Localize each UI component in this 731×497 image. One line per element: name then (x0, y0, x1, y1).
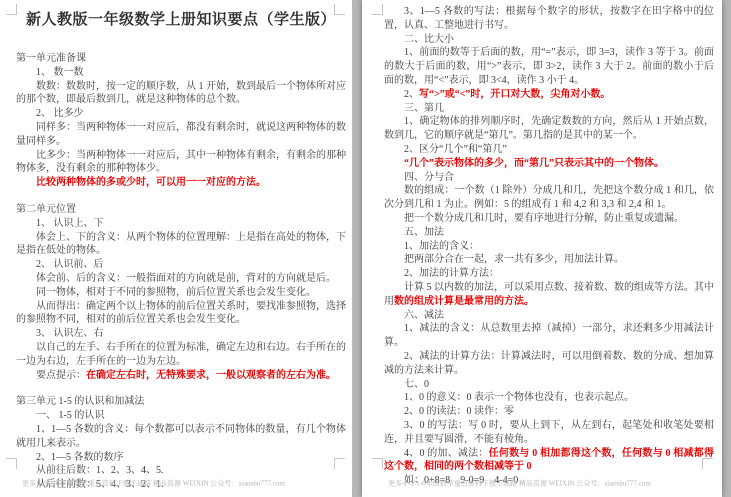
paragraph: 二、比大小 (384, 33, 714, 47)
section-heading: 第二单元位置 (16, 203, 346, 217)
body-text: 1、0 的意义：0 表示一个物体也没有，也表示起点。 (404, 392, 634, 403)
document-title: 新人教版一年级数学上册知识要点（学生版） (26, 8, 346, 29)
paragraph: 1、1—5 各数的含义：每个数都可以表示不同物体的数量，有几个物体就用几来表示。 (16, 423, 346, 451)
paragraph: 一、 1-5 的认识 (16, 409, 346, 423)
body-text: 1、确定物体的排列顺序时，先确定数数的方向，然后从 1 开始点数，数到几，它的顺… (384, 116, 714, 141)
body-text: 3、1—5 各数的写法：根据每个数字的形状，按数字在田字格中的位置，认真、工整地… (384, 6, 714, 31)
body-text: 2、1—5 各数的数序 (36, 452, 124, 463)
paragraph: 把两部分合在一起，求一共有多少，用加法计算。 (384, 253, 714, 267)
paragraph: 3、 认识左、右 (16, 327, 346, 341)
body-text: 2、 (404, 89, 419, 100)
body-text: 第三单元 1-5 的认识和加减法 (16, 396, 144, 407)
body-text: 六、减法 (404, 310, 444, 321)
body-text: 1、1—5 各数的含义：每个数都可以表示不同物体的数量，有几个物体就用几来表示。 (16, 424, 346, 449)
paragraph: 要点提示：在确定左右时，无特殊要求，一般以观察者的左右为准。 (16, 369, 346, 383)
body-text: 二、比大小 (404, 34, 454, 45)
paragraph: 比多少：当两种物体一一对应后，其中一种物体有剩余，有剩余的那种物体多，没有剩余的… (16, 149, 346, 177)
body-text: 同一物体，相对于不同的参照物，前后位置关系也会发生变化。 (36, 287, 316, 298)
page-right-content: 3、1—5 各数的写法：根据每个数字的形状，按数字在田字格中的位置，认真、工整地… (384, 5, 714, 488)
body-text: 第一单元准备课 (16, 53, 86, 64)
paragraph: 以自己的左手、右手所在的位置为标准，确定左边和右边。右手所在的一边为右边，左手所… (16, 341, 346, 369)
paragraph: 从前往后数：1、2、3、4、5. (16, 464, 346, 478)
body-text: 1、加法的含义： (404, 241, 479, 252)
page-footer: 更多小学1-6年级数学重点资料下载不迷路 精品资源 WEIXIN 公众号：xia… (22, 478, 285, 488)
emphasis-text: 写“>”或“<”时，开口对大数，尖角对小数。 (419, 89, 610, 100)
paragraph: 1、 数一数 (16, 66, 346, 80)
body-text: 同样多：当两种物体一一对应后，都没有剩余时，就说这两种物体的数量同样多。 (16, 122, 346, 147)
paragraph: 比较两种物体的多或少时，可以用一一对应的方法。 (16, 176, 346, 190)
paragraph: 1、0 的意义：0 表示一个物体也没有，也表示起点。 (384, 391, 714, 405)
body-text: 比多少：当两种物体一一对应后，其中一种物体有剩余，有剩余的那种物体多，没有剩余的… (16, 150, 346, 175)
body-text: 1、前面的数等于后面的数，用“=”表示，即 3=3，读作 3 等于 3。前面的数… (384, 47, 714, 86)
document-viewer: 新人教版一年级数学上册知识要点（学生版） 第一单元准备课1、 数一数数数：数数时… (0, 0, 731, 497)
section-heading: 第三单元 1-5 的认识和加减法 (16, 395, 346, 409)
body-text: 数数：数数时，按一定的顺序数，从 1 开始，数到最后一个物体所对应的那个数，即最… (16, 81, 346, 106)
body-text: 体会前、后的含义：一般指面对的方向就是前，背对的方向就是后。 (36, 273, 336, 284)
body-text: 七、0 (404, 379, 429, 390)
paragraph: 同一物体，相对于不同的参照物，前后位置关系也会发生变化。 (16, 286, 346, 300)
body-text: 把两部分合在一起，求一共有多少，用加法计算。 (404, 254, 624, 265)
body-text: 2、 比多少 (36, 108, 84, 119)
body-text: 第二单元位置 (16, 204, 76, 215)
margin-crop-mark (372, 4, 383, 15)
body-text: 3、 认识左、右 (36, 328, 104, 339)
paragraph: “几个”表示物体的多少，而“第几”只表示其中的一个物体。 (384, 157, 714, 171)
body-text: 体会上、下的含义：从两个物体的位置理解：上是指在高处的物体，下是指在低处的物体。 (16, 232, 346, 257)
paragraph: 同样多：当两种物体一一对应后，都没有剩余时，就说这两种物体的数量同样多。 (16, 121, 346, 149)
paragraph: 五、加法 (384, 226, 714, 240)
paragraph: 体会上、下的含义：从两个物体的位置理解：上是指在高处的物体，下是指在低处的物体。 (16, 231, 346, 259)
body-text: 4、0 的加、减法： (404, 448, 489, 459)
paragraph: 把一个数分成几和几时，要有序地进行分解，防止重复或遗漏。 (384, 212, 714, 226)
body-text: 一、 1-5 的认识 (36, 410, 104, 421)
paragraph: 2、1—5 各数的数序 (16, 451, 346, 465)
body-text: 三、第几 (404, 103, 444, 114)
paragraph: 3、0 的写法：写 0 时，要从上到下，从左到右，起笔处和收笔处要相连，并且要写… (384, 419, 714, 447)
paragraph: 体会前、后的含义：一般指面对的方向就是前，背对的方向就是后。 (16, 272, 346, 286)
paragraph: 2、减法的计算方法：计算减法时，可以用倒着数、数的分成、想加算减的方法来计算。 (384, 350, 714, 378)
page-footer: 更多小学1-6年级数学重点资料下载不迷路 精品资源 WEIXIN 公众号：xia… (388, 478, 651, 488)
emphasis-text: 数的组成计算是最常用的方法。 (394, 296, 534, 307)
paragraph: 1、确定物体的排列顺序时，先确定数数的方向，然后从 1 开始点数，数到几，它的顺… (384, 115, 714, 143)
body-text: 要点提示： (36, 370, 86, 381)
body-text: 从前往后数：1、2、3、4、5. (36, 465, 164, 476)
paragraph: 2、加法的计算方法： (384, 267, 714, 281)
body-text: 3、0 的写法：写 0 时，要从上到下，从左到右，起笔处和收笔处要相连，并且要写… (384, 420, 714, 445)
paragraph: 计算 5 以内数的加法，可以采用点数、接着数、数的组成等方法。其中用数的组成计算… (384, 281, 714, 309)
emphasis-text: “几个”表示物体的多少，而“第几”只表示其中的一个物体。 (404, 158, 664, 169)
page-left-content: 第一单元准备课1、 数一数数数：数数时，按一定的顺序数，从 1 开始，数到最后一… (16, 52, 346, 492)
margin-crop-mark (372, 458, 383, 469)
paragraph: 2、 比多少 (16, 107, 346, 121)
paragraph: 数数：数数时，按一定的顺序数，从 1 开始，数到最后一个物体所对应的那个数，即最… (16, 80, 346, 108)
paragraph: 七、0 (384, 378, 714, 392)
body-text: 2、加法的计算方法： (404, 268, 499, 279)
paragraph: 1、 认识上、下 (16, 217, 346, 231)
body-text: 2、0 的读法：0 读作：零 (404, 406, 514, 417)
paragraph: 1、加法的含义： (384, 240, 714, 254)
emphasis-text: 比较两种物体的多或少时，可以用一一对应的方法。 (36, 177, 266, 188)
paragraph: 2、0 的读法：0 读作：零 (384, 405, 714, 419)
paragraph: 2、写“>”或“<”时，开口对大数，尖角对小数。 (384, 88, 714, 102)
body-text: 2、区分“几个”和“第几” (404, 144, 507, 155)
page-gutter (352, 0, 362, 497)
paragraph: 四、分与合 (384, 171, 714, 185)
margin-crop-mark (6, 4, 17, 15)
paragraph: 2、 认识前、后 (16, 258, 346, 272)
body-text: 1、 数一数 (36, 67, 84, 78)
page-right[interactable]: 3、1—5 各数的写法：根据每个数字的形状，按数字在田字格中的位置，认真、工整地… (362, 0, 722, 497)
paragraph: 2、区分“几个”和“第几” (384, 143, 714, 157)
paragraph: 数的组成：一个数（1 除外）分成几和几，先把这个数分成 1 和几，依次分到几和 … (384, 184, 714, 212)
body-text: 2、减法的计算方法：计算减法时，可以用倒着数、数的分成、想加算减的方法来计算。 (384, 351, 714, 376)
body-text: 2、 认识前、后 (36, 259, 104, 270)
paragraph: 1、减法的含义：从总数里去掉（减掉）一部分，求还剩多少用减法计算。 (384, 322, 714, 350)
section-heading: 第一单元准备课 (16, 52, 346, 66)
body-text: 把一个数分成几和几时，要有序地进行分解，防止重复或遗漏。 (404, 213, 684, 224)
body-text: 1、减法的含义：从总数里去掉（减掉）一部分，求还剩多少用减法计算。 (384, 323, 714, 348)
page-left[interactable]: 新人教版一年级数学上册知识要点（学生版） 第一单元准备课1、 数一数数数：数数时… (0, 0, 352, 497)
paragraph: 从而得出：确定两个以上物体的前后位置关系时，要找准参照物，选择的参照物不同，相对… (16, 300, 346, 328)
paragraph: 3、1—5 各数的写法：根据每个数字的形状，按数字在田字格中的位置，认真、工整地… (384, 5, 714, 33)
body-text: 数的组成：一个数（1 除外）分成几和几，先把这个数分成 1 和几，依次分到几和 … (384, 185, 714, 210)
body-text: 以自己的左手、右手所在的位置为标准，确定左边和右边。右手所在的一边为右边，左手所… (16, 342, 346, 367)
body-text: 五、加法 (404, 227, 444, 238)
paragraph: 三、第几 (384, 102, 714, 116)
paragraph: 1、前面的数等于后面的数，用“=”表示，即 3=3，读作 3 等于 3。前面的数… (384, 46, 714, 87)
paragraph: 4、0 的加、减法：任何数与 0 相加都得这个数，任何数与 0 相减都得这个数，… (384, 447, 714, 475)
body-text: 四、分与合 (404, 172, 454, 183)
paragraph: 六、减法 (384, 309, 714, 323)
emphasis-text: 在确定左右时，无特殊要求，一般以观察者的左右为准。 (86, 370, 336, 381)
body-text: 从而得出：确定两个以上物体的前后位置关系时，要找准参照物，选择的参照物不同，相对… (16, 301, 346, 326)
body-text: 1、 认识上、下 (36, 218, 104, 229)
